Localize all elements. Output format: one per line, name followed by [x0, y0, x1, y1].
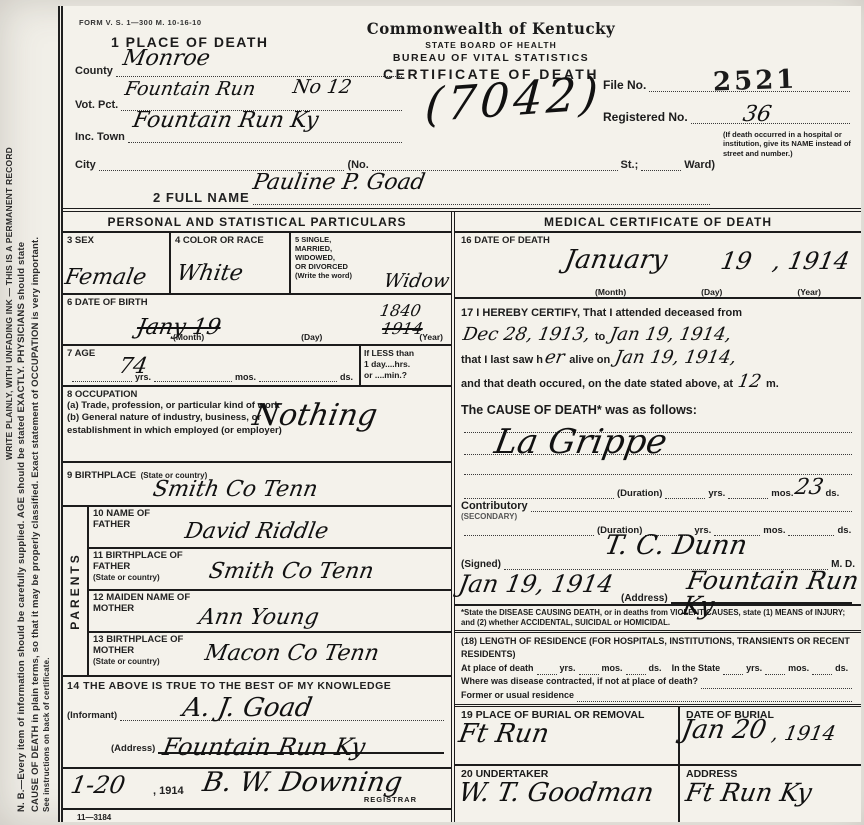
medical-section-title: MEDICAL CERTIFICATE OF DEATH	[455, 212, 861, 233]
burial-place-value: Ft Run	[457, 721, 551, 747]
dotted-line	[577, 689, 852, 702]
less-line2: 1 day....hrs.	[364, 359, 448, 370]
father-bp-label: 11 BIRTHPLACE OF FATHER	[93, 550, 203, 573]
age-field: 7 AGE yrs. mos. ds. 74	[63, 346, 359, 385]
day-label: (Day)	[301, 332, 322, 342]
year-label: (Year)	[419, 332, 443, 342]
margin-note-nb-line1: N. B.—Every item of information should b…	[16, 242, 27, 812]
file-number-block: File No. 2521 Registered No. 36 (If deat…	[603, 78, 853, 158]
full-name-line: 2 FULL NAME	[153, 190, 713, 205]
certify-lead: 17 I HEREBY CERTIFY, That I attended dec…	[461, 307, 742, 319]
hospital-note: (If death occurred in a hospital or inst…	[723, 130, 853, 158]
res-yrs1: yrs.	[560, 662, 576, 676]
registrar-label: REGISTRAR	[364, 795, 417, 804]
age-mos-label: mos.	[235, 372, 256, 382]
form-code: 11—3184	[63, 810, 451, 822]
less-line1: If LESS than	[364, 348, 448, 359]
dotted-line	[537, 662, 557, 675]
town-label: Inc. Town	[75, 131, 125, 143]
certificate-number-handwritten: (7042)	[424, 70, 604, 129]
dotted-line	[641, 158, 681, 171]
res-ds2: ds.	[835, 662, 848, 676]
parents-vertical-label: PARENTS	[63, 507, 89, 675]
race-value: White	[175, 263, 245, 285]
secondary-label: (SECONDARY)	[461, 512, 855, 521]
file-no-label: File No.	[603, 78, 646, 92]
occupation-value: Nothing	[250, 401, 379, 431]
dotted-line	[765, 662, 785, 675]
marital-label-2: MARRIED,	[295, 244, 447, 253]
personal-particulars-column: PERSONAL AND STATISTICAL PARTICULARS 3 S…	[63, 212, 455, 822]
bureau-subtitle: BUREAU OF VITAL STATISTICS	[351, 52, 631, 64]
board-subtitle: STATE BOARD OF HEALTH	[351, 40, 631, 50]
dod-year-label: (Year)	[797, 287, 821, 297]
death-occurred-label: and that death occured, on the date stat…	[461, 378, 733, 390]
birthplace-label: 9 BIRTHPLACE	[67, 470, 136, 481]
filed-date-value: 1-20	[69, 773, 127, 797]
signed-label: (Signed)	[461, 559, 501, 570]
attended-from-value: Dec 28, 1913,	[461, 326, 591, 344]
filed-year: , 1914	[153, 785, 184, 797]
margin-note-nb-line3: See instructions on back of certificate.	[42, 657, 51, 812]
full-name-label: 2 FULL NAME	[153, 190, 250, 205]
undertaker-field: 20 UNDERTAKER W. T. Goodman	[455, 766, 680, 822]
sex-value: Female	[63, 267, 148, 289]
burial-row: 19 PLACE OF BURIAL OR REMOVAL Ft Run DAT…	[455, 704, 861, 763]
res-mos1: mos.	[602, 662, 623, 676]
date-of-burial-field: DATE OF BURIAL Jan 20 , 1914	[680, 707, 861, 763]
town-value: Fountain Run Ky	[131, 110, 320, 132]
dotted-line	[665, 486, 705, 499]
margin-note-nb-line2: CAUSE OF DEATH in plain terms, so that i…	[30, 237, 41, 812]
signed-date-value: Jan 19, 1914	[457, 572, 615, 596]
registrar-signature: B. W. Downing	[201, 769, 405, 796]
dotted-line	[531, 499, 852, 512]
month-label: (Month)	[173, 332, 204, 342]
undertaker-address-value: Ft Run Ky	[684, 780, 814, 805]
birthplace-value: Smith Co Tenn	[151, 479, 319, 501]
marital-field: 5 SINGLE, MARRIED, WIDOWED, OR DIVORCED …	[291, 233, 451, 293]
marital-label-1: 5 SINGLE,	[295, 235, 447, 244]
city-ward-label: Ward)	[684, 159, 715, 171]
mother-value: Ann Young	[197, 607, 320, 629]
margin-note-permanent-record: WRITE PLAINLY, WITH UNFADING INK — THIS …	[4, 147, 14, 460]
city-st-label: St.;	[621, 159, 639, 171]
precinct-number: No 12	[291, 78, 353, 97]
contracted-label: Where was disease contracted, if not at …	[461, 675, 698, 689]
race-field: 4 COLOR OR RACE White	[171, 233, 291, 293]
father-bp-value: Smith Co Tenn	[207, 561, 375, 583]
marital-value: Widow	[382, 272, 450, 291]
commonwealth-title: Commonwealth of Kentucky	[351, 20, 631, 39]
dotted-line	[728, 486, 768, 499]
duration-ds-label: ds.	[825, 488, 839, 499]
place-of-burial-field: 19 PLACE OF BURIAL OR REMOVAL Ft Run	[455, 707, 680, 763]
mother-name-field: 12 MAIDEN NAME OF MOTHER Ann Young	[89, 591, 451, 633]
dotted-line	[259, 369, 337, 382]
duration-mos-label: mos.	[771, 488, 793, 499]
undertaker-value: W. T. Goodman	[457, 780, 656, 806]
dob-year-corrected: 1840	[379, 303, 423, 319]
personal-section-title: PERSONAL AND STATISTICAL PARTICULARS	[63, 212, 451, 233]
in-state-label: In the State	[672, 662, 721, 676]
precinct-value: Fountain Run	[123, 80, 257, 99]
father-value: David Riddle	[183, 521, 330, 543]
form-number: FORM V. S. 1—300 M. 10-16-10	[79, 18, 202, 27]
duration-yrs-label: yrs.	[708, 488, 725, 499]
filed-field: 1-20 , 1914 B. W. Downing REGISTRAR	[63, 769, 451, 810]
date-of-death-field: 16 DATE OF DEATH January 19 , 1914 (Mont…	[455, 233, 861, 299]
last-saw-date-value: Jan 19, 1914,	[614, 349, 738, 367]
dod-day-value: 19	[719, 249, 754, 273]
dotted-line	[154, 369, 232, 382]
precinct-label: Vot. Pct.	[75, 99, 118, 111]
former-residence-label: Former or usual residence	[461, 689, 574, 703]
less-line3: or ....min.?	[364, 370, 448, 381]
attest-label: 14 THE ABOVE IS TRUE TO THE BEST OF MY K…	[67, 680, 447, 692]
father-birthplace-field: 11 BIRTHPLACE OF FATHER (State or countr…	[89, 549, 451, 591]
informant-label: (Informant)	[67, 710, 117, 721]
undertaker-address-field: ADDRESS Ft Run Ky	[680, 766, 861, 822]
medical-certificate-column: MEDICAL CERTIFICATE OF DEATH 16 DATE OF …	[455, 212, 861, 822]
contributory-label: Contributory	[461, 500, 528, 512]
death-certificate-scan: WRITE PLAINLY, WITH UNFADING INK — THIS …	[0, 0, 864, 825]
certify-paragraph: 17 I HEREBY CERTIFY, That I attended dec…	[455, 299, 861, 423]
dotted-line	[701, 676, 852, 689]
less-than-one-day-field: If LESS than 1 day....hrs. or ....min.?	[359, 346, 451, 385]
physician-signature: T. C. Dunn	[603, 532, 750, 559]
death-time-value: 12	[736, 373, 762, 391]
res-mos2: mos.	[788, 662, 809, 676]
informant-value: A. J. Goad	[181, 695, 314, 721]
cause-of-death-label: The CAUSE OF DEATH* was as follows:	[461, 403, 697, 417]
signed-address-label: (Address)	[621, 593, 668, 604]
dotted-line	[812, 662, 832, 675]
physician-address-value: Fountain Run Ky	[681, 568, 864, 618]
father-label: 10 NAME OF FATHER	[93, 508, 183, 531]
county-value: Monroe	[121, 48, 212, 70]
mother-birthplace-field: 13 BIRTHPLACE OF MOTHER (State or countr…	[89, 633, 451, 675]
to-label: to	[595, 331, 605, 343]
registered-no-label: Registered No.	[603, 110, 688, 124]
informant-address-label: (Address)	[111, 743, 155, 754]
mother-label: 12 MAIDEN NAME OF MOTHER	[93, 592, 203, 615]
age-label: 7 AGE	[67, 348, 355, 359]
dotted-line	[464, 486, 614, 499]
certificate-form: FORM V. S. 1—300 M. 10-16-10 1 PLACE OF …	[58, 6, 861, 822]
file-no-value: 2521	[713, 65, 798, 98]
age-value: 74	[117, 356, 149, 378]
registered-no-value: 36	[741, 104, 773, 126]
date-of-birth-field: 6 DATE OF BIRTH Jany 19 1840 1914 (Month…	[63, 295, 451, 347]
dod-day-label: (Day)	[701, 287, 722, 297]
age-ds-label: ds.	[340, 372, 353, 382]
dotted-line	[464, 523, 594, 536]
attestation-field: 14 THE ABOVE IS TRUE TO THE BEST OF MY K…	[63, 677, 451, 769]
res-yrs2: yrs.	[746, 662, 762, 676]
attended-to-value: Jan 19, 1914,	[609, 326, 733, 344]
alive-on-label: alive on	[569, 354, 610, 366]
marital-label-3: WIDOWED,	[295, 253, 447, 262]
length-of-residence-field: (18) LENGTH OF RESIDENCE (FOR HOSPITALS,…	[455, 633, 861, 705]
contrib-mos-label: mos.	[763, 525, 785, 536]
dod-year-value: , 1914	[771, 249, 852, 273]
duration-label: (Duration)	[617, 488, 662, 499]
mother-bp-value: Macon Co Tenn	[203, 643, 381, 665]
dotted-line	[788, 523, 834, 536]
at-place-label: At place of death	[461, 662, 534, 676]
race-label: 4 COLOR OR RACE	[175, 235, 285, 246]
meridiem-label: m.	[766, 378, 779, 390]
cause-value: La Grippe	[492, 425, 670, 459]
duration-days-value: 23	[794, 477, 826, 499]
res-ds1: ds.	[649, 662, 662, 676]
full-name-value: Pauline P. Goad	[251, 172, 427, 194]
burial-date-value: Jan 20	[680, 717, 769, 743]
occupation-field: 8 OCCUPATION (a) Trade, profession, or p…	[63, 387, 451, 463]
sex-field: 3 SEX Female	[63, 233, 171, 293]
informant-address-value: Fountain Run Ky	[161, 735, 367, 759]
father-name-field: 10 NAME OF FATHER David Riddle	[89, 507, 451, 549]
dotted-line	[626, 662, 646, 675]
sex-label: 3 SEX	[67, 235, 165, 246]
last-saw-label: that I last saw h	[461, 354, 543, 366]
dod-month-label: (Month)	[595, 287, 626, 297]
dod-month-value: January	[563, 247, 670, 273]
her-handwritten: er	[543, 349, 565, 367]
dotted-line	[579, 662, 599, 675]
city-label: City	[75, 159, 96, 171]
contrib-ds-label: ds.	[837, 525, 851, 536]
burial-date-year: , 1914	[770, 723, 837, 743]
birthplace-field: 9 BIRTHPLACE (State or country) Smith Co…	[63, 463, 451, 508]
residence-label: (18) LENGTH OF RESIDENCE (FOR HOSPITALS,…	[461, 635, 855, 662]
dotted-line	[723, 662, 743, 675]
signed-date-address-field: Jan 19, 1914 (Address) Fountain Run Ky	[455, 570, 861, 604]
cause-of-death-field: La Grippe (Duration) yrs. mos. 23 ds.	[455, 423, 861, 499]
undertaker-row: 20 UNDERTAKER W. T. Goodman ADDRESS Ft R…	[455, 764, 861, 822]
county-label: County	[75, 65, 113, 77]
mother-bp-label: 13 BIRTHPLACE OF MOTHER	[93, 634, 203, 657]
